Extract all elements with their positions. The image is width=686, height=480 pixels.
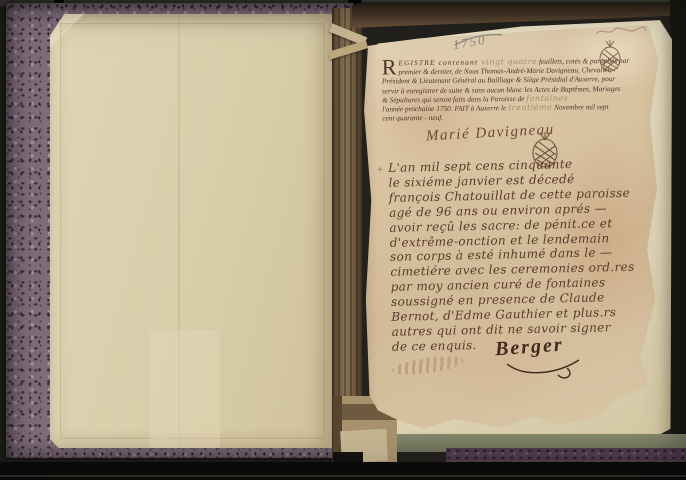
printed-text: cent quarante - neuf. [382,113,443,123]
binding-tape [328,40,369,59]
signature-flourish [505,358,583,384]
handwritten-insert: fontaines [526,93,568,102]
printed-lines: EGISTRE contenant vingt quatre feuillets… [382,56,667,123]
printed-text: l'année prochaine 1750. FAIT à Auxerre l… [382,103,508,113]
dropcap-letter: R [382,58,399,76]
handwritten-insert: trentième [508,103,552,112]
act-lines: L'an mil sept cens cinquantele sixiéme j… [388,156,636,355]
scan-background-bottom [0,462,686,480]
faint-inscription [594,24,648,40]
printed-text: Novembre mil sept [552,102,608,112]
printed-register-header: R EGISTRE contenant vingt quatre feuille… [382,56,667,123]
printed-text: feuillets, cotés & paraphés par [537,56,629,66]
scan-edge-line [0,475,686,477]
paper-patch [150,330,220,448]
handwritten-insert: vingt quatre [481,57,537,67]
left-endpaper-page [50,14,335,448]
scanned-register-spread: 1750 R EGISTRE contenant vingt quatre fe… [0,0,686,480]
scan-background-right [670,0,686,462]
